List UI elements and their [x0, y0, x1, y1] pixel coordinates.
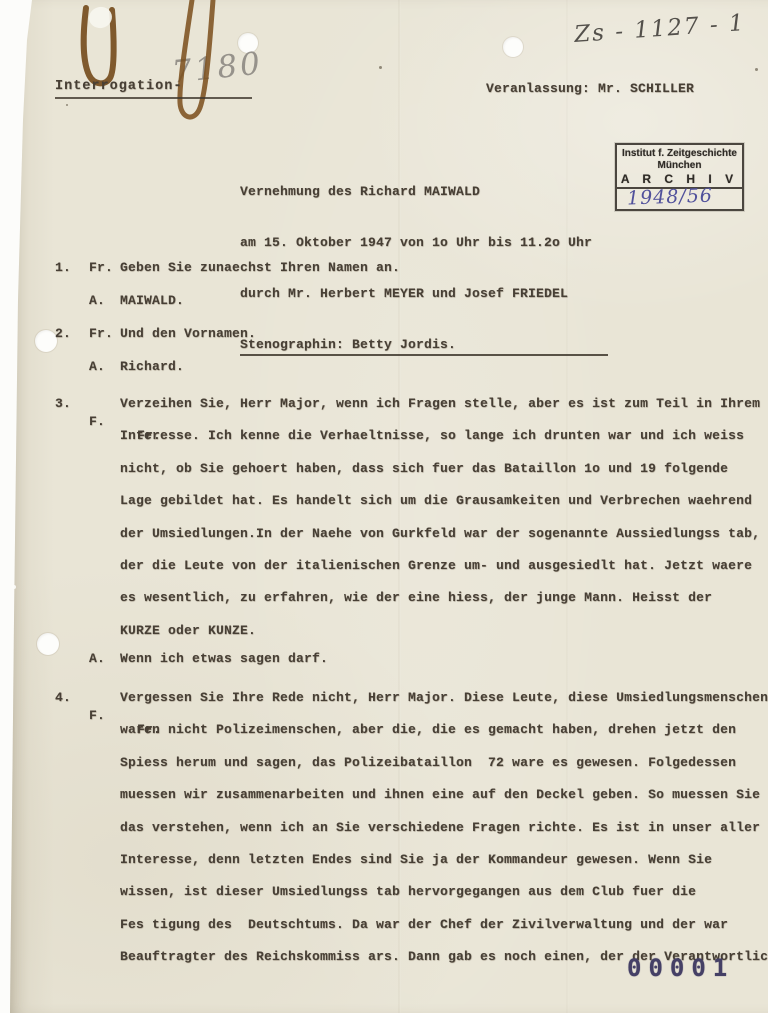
question-text: Vergessen Sie Ihre Rede nicht, Herr Majo…	[120, 682, 768, 974]
stamp-institution-line: Institut f. Zeitgeschichte	[617, 148, 742, 160]
stamp-archiv-line: A R C H I V	[617, 172, 742, 186]
qa-item-2-answer: A. Richard.	[55, 359, 184, 375]
paper-speck	[379, 66, 382, 69]
question-text: Geben Sie zunaechst Ihren Namen an.	[120, 260, 400, 276]
question-number: 1.	[55, 260, 89, 276]
archive-stamp: Institut f. Zeitgeschichte München A R C…	[615, 143, 744, 211]
archive-stamp-number-cell: 1948/56	[617, 189, 742, 211]
stamp-city-line: München	[617, 160, 742, 172]
question-number: 3.	[55, 388, 89, 420]
question-text: Verzeihen Sie, Herr Major, wenn ich Frag…	[120, 388, 760, 647]
punch-hole	[503, 37, 523, 57]
paper-speck	[66, 104, 68, 106]
document-page: 7180 Interrogation- Zs - 1127 - 1 Veranl…	[0, 0, 768, 1013]
question-prefix-secondary: F.	[89, 708, 105, 724]
question-number: 2.	[55, 326, 89, 342]
stamp-year-number-handwritten: 1948/56	[627, 185, 714, 210]
header-line: Vernehmung des Richard MAIWALD	[240, 183, 608, 200]
question-prefix: Fr.	[89, 260, 120, 276]
qa-item-1-question: 1. Fr. Geben Sie zunaechst Ihren Namen a…	[55, 260, 400, 276]
answer-text: Wenn ich etwas sagen darf.	[120, 651, 328, 667]
answer-prefix: A.	[89, 359, 120, 375]
qa-item-3-answer: A. Wenn ich etwas sagen darf.	[55, 651, 328, 667]
question-prefix-secondary: F.	[89, 414, 105, 430]
question-text: Und den Vornamen.	[120, 326, 256, 342]
qa-item-1-answer: A. MAIWALD.	[55, 293, 184, 309]
question-prefix: Fr.	[89, 326, 120, 342]
question-prefix: Fr.	[137, 722, 161, 737]
answer-text: Richard.	[120, 359, 184, 375]
veranlassung-line: Veranlassung: Mr. SCHILLER	[486, 81, 694, 96]
punch-hole	[35, 330, 57, 352]
header-line: Stenographin: Betty Jordis.	[240, 336, 608, 356]
page-number-stamp: 00001	[627, 954, 734, 982]
paper-speck	[12, 585, 16, 589]
answer-prefix: A.	[89, 651, 120, 667]
archive-stamp-text: Institut f. Zeitgeschichte München A R C…	[617, 145, 742, 189]
qa-item-4-question: 4. Fr. F. Vergessen Sie Ihre Rede nicht,…	[55, 682, 768, 974]
paper-speck	[755, 68, 758, 71]
qa-item-3-question: 3. Fr. F. Verzeihen Sie, Herr Major, wen…	[55, 388, 760, 647]
question-prefix: Fr.	[137, 428, 161, 443]
interrogation-label: Interrogation-	[55, 79, 252, 99]
qa-item-2-question: 2. Fr. Und den Vornamen.	[55, 326, 256, 342]
question-number: 4.	[55, 682, 89, 714]
header-line: durch Mr. Herbert MEYER und Josef FRIEDE…	[240, 285, 608, 302]
answer-text: MAIWALD.	[120, 293, 184, 309]
header-line: am 15. Oktober 1947 von 1o Uhr bis 11.2o…	[240, 234, 608, 251]
answer-prefix: A.	[89, 293, 120, 309]
